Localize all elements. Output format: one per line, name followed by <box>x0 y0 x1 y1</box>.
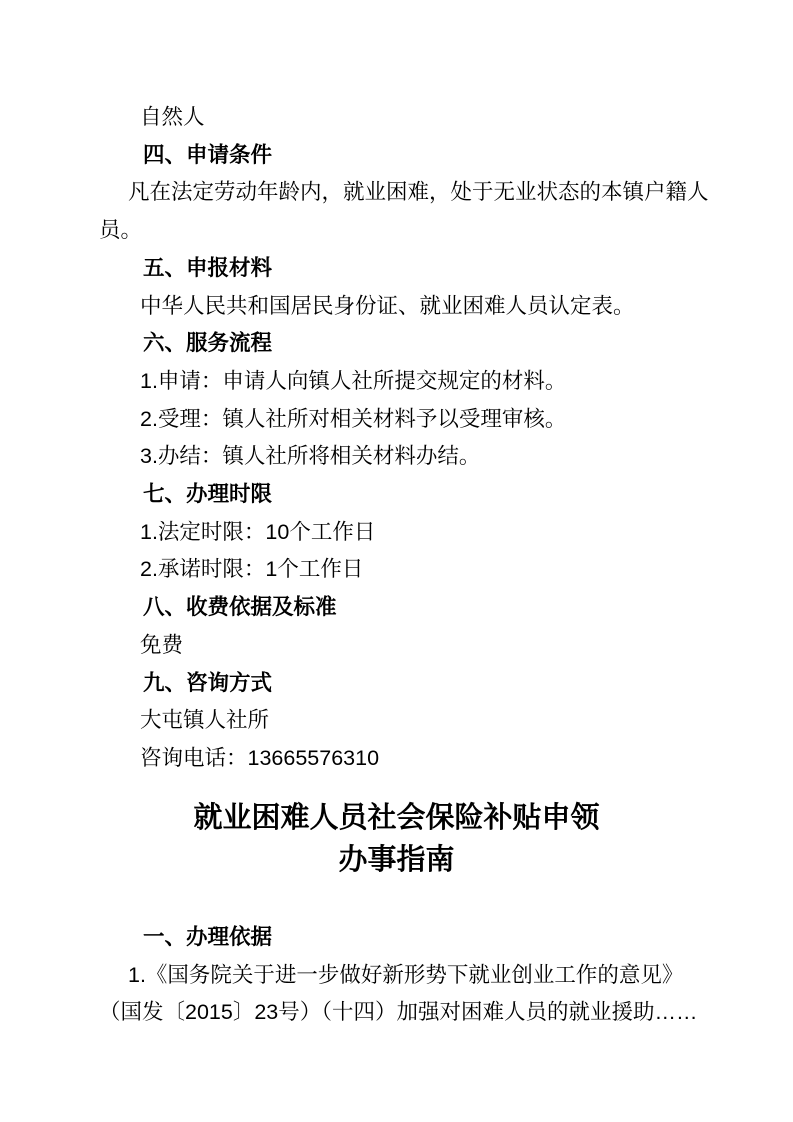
text-line: 自然人 <box>99 99 739 137</box>
document-title: 就业困难人员社会保险补贴申领 办事指南 <box>0 797 793 881</box>
text-line: 1.法定时限：10个工作日 <box>99 514 739 552</box>
document-title-line1: 就业困难人员社会保险补贴申领 <box>0 797 793 839</box>
text-line: 3.办结：镇人社所将相关材料办结。 <box>99 438 739 476</box>
text-line: 凡在法定劳动年龄内，就业困难，处于无业状态的本镇户籍人 <box>99 174 739 212</box>
document-bottom-section: 一、办理依据1.《国务院关于进一步做好新形势下就业创业工作的意见》（国发〔201… <box>99 919 739 1032</box>
text-line: 咨询电话：13665576310 <box>99 740 739 778</box>
section-heading: 八、收费依据及标准 <box>99 589 739 627</box>
section-heading: 六、服务流程 <box>99 325 739 363</box>
document-page: 自然人四、申请条件凡在法定劳动年龄内，就业困难，处于无业状态的本镇户籍人员。五、… <box>0 0 793 1122</box>
text-line: 免费 <box>99 627 739 665</box>
text-line: 员。 <box>99 212 739 250</box>
section-heading: 五、申报材料 <box>99 250 739 288</box>
text-line: 2.承诺时限：1个工作日 <box>99 551 739 589</box>
text-line: 大屯镇人社所 <box>99 702 739 740</box>
document-title-line2: 办事指南 <box>0 839 793 881</box>
section-heading: 四、申请条件 <box>99 137 739 175</box>
section-heading: 七、办理时限 <box>99 476 739 514</box>
document-top-section: 自然人四、申请条件凡在法定劳动年龄内，就业困难，处于无业状态的本镇户籍人员。五、… <box>99 99 739 778</box>
section-heading: 九、咨询方式 <box>99 665 739 703</box>
text-line: （国发〔2015〕23号）（十四）加强对困难人员的就业援助…… <box>99 994 739 1032</box>
text-line: 1.《国务院关于进一步做好新形势下就业创业工作的意见》 <box>99 957 739 995</box>
section-heading: 一、办理依据 <box>99 919 739 957</box>
text-line: 2.受理：镇人社所对相关材料予以受理审核。 <box>99 401 739 439</box>
text-line: 中华人民共和国居民身份证、就业困难人员认定表。 <box>99 288 739 326</box>
text-line: 1.申请：申请人向镇人社所提交规定的材料。 <box>99 363 739 401</box>
